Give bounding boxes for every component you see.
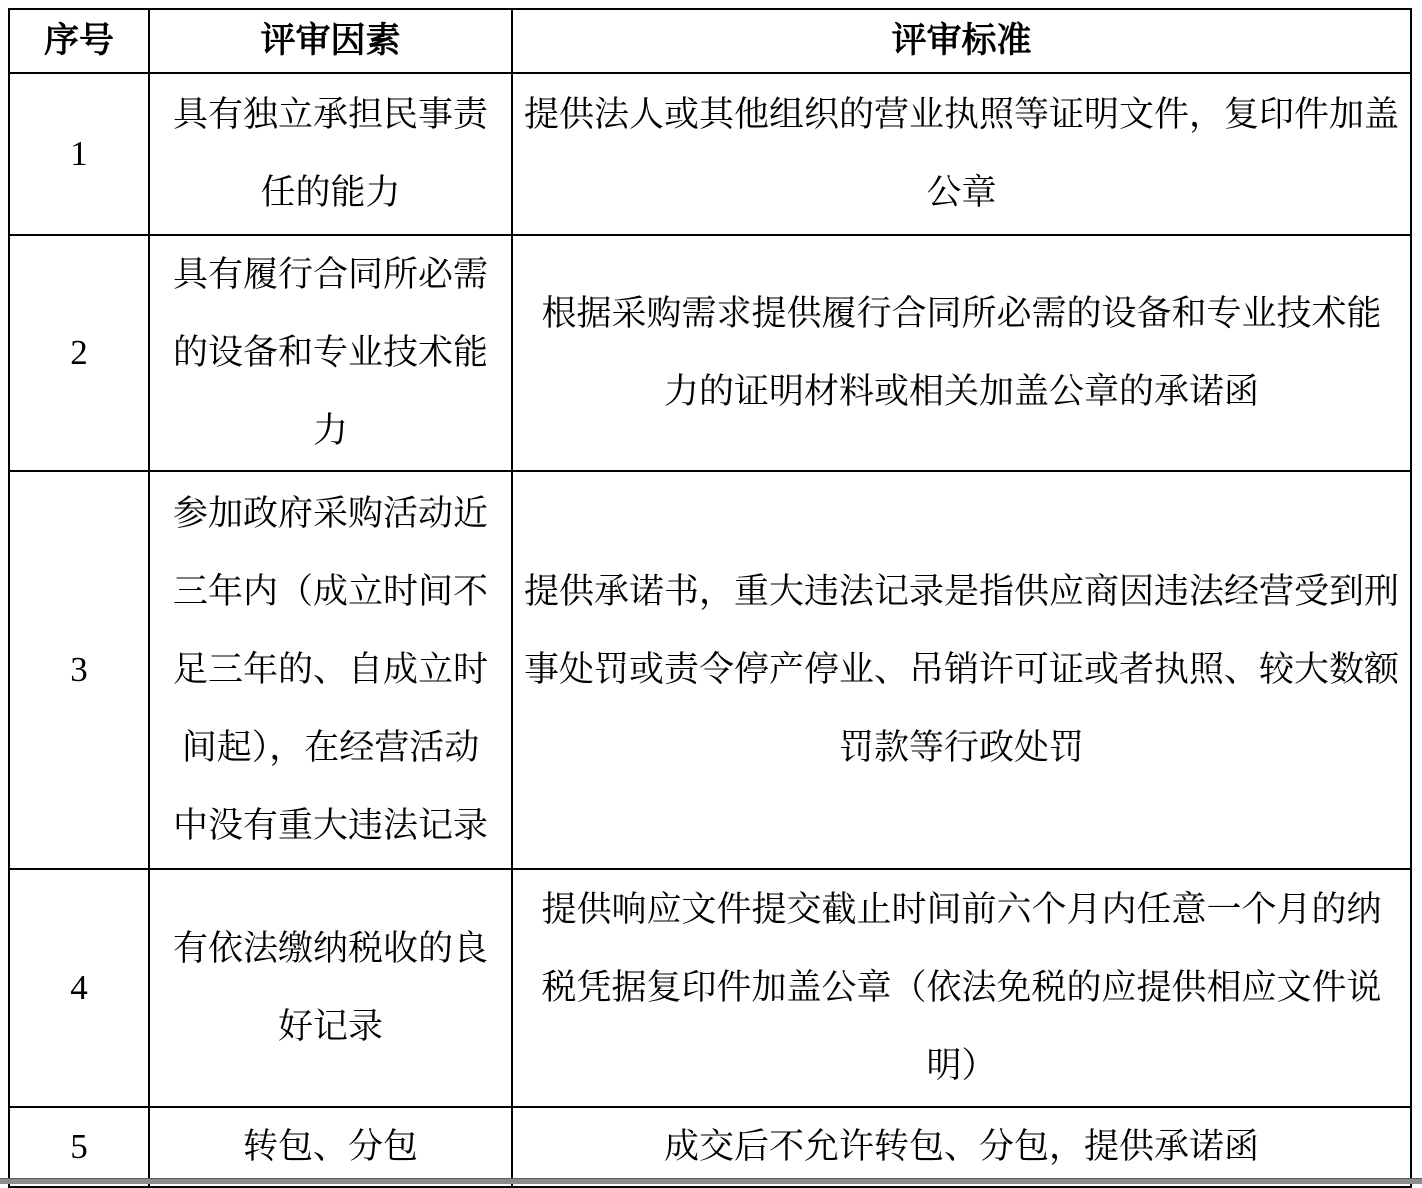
cell-review-standard: 成交后不允许转包、分包，提供承诺函 bbox=[512, 1107, 1411, 1184]
table-row: 4 有依法缴纳税收的良 好记录 提供响应文件提交截止时间前六个月内任意一个月的纳… bbox=[9, 869, 1411, 1107]
document-page: 序号 评审因素 评审标准 1 具有独立承担民事责 任的能力 提供法人或其他组织的… bbox=[8, 8, 1412, 1184]
cell-review-factor: 具有履行合同所必需 的设备和专业技术能 力 bbox=[149, 235, 512, 471]
cell-serial-number: 1 bbox=[9, 73, 149, 235]
table-header-row: 序号 评审因素 评审标准 bbox=[9, 9, 1411, 73]
cell-serial-number: 5 bbox=[9, 1107, 149, 1184]
cell-review-factor: 具有独立承担民事责 任的能力 bbox=[149, 73, 512, 235]
cell-review-standard: 根据采购需求提供履行合同所必需的设备和专业技术能 力的证明材料或相关加盖公章的承… bbox=[512, 235, 1411, 471]
cell-serial-number: 3 bbox=[9, 471, 149, 869]
table-row: 5 转包、分包 成交后不允许转包、分包，提供承诺函 bbox=[9, 1107, 1411, 1184]
header-cell-review-factor: 评审因素 bbox=[149, 9, 512, 73]
header-cell-review-standard: 评审标准 bbox=[512, 9, 1411, 73]
cell-review-standard: 提供法人或其他组织的营业执照等证明文件，复印件加盖 公章 bbox=[512, 73, 1411, 235]
table-row: 1 具有独立承担民事责 任的能力 提供法人或其他组织的营业执照等证明文件，复印件… bbox=[9, 73, 1411, 235]
cell-review-factor: 转包、分包 bbox=[149, 1107, 512, 1184]
cell-review-standard: 提供响应文件提交截止时间前六个月内任意一个月的纳 税凭据复印件加盖公章（依法免税… bbox=[512, 869, 1411, 1107]
cell-serial-number: 2 bbox=[9, 235, 149, 471]
cell-review-factor: 有依法缴纳税收的良 好记录 bbox=[149, 869, 512, 1107]
table-row: 3 参加政府采购活动近 三年内（成立时间不 足三年的、自成立时 间起），在经营活… bbox=[9, 471, 1411, 869]
header-cell-serial-number: 序号 bbox=[9, 9, 149, 73]
cell-review-factor: 参加政府采购活动近 三年内（成立时间不 足三年的、自成立时 间起），在经营活动 … bbox=[149, 471, 512, 869]
cell-serial-number: 4 bbox=[9, 869, 149, 1107]
table-row: 2 具有履行合同所必需 的设备和专业技术能 力 根据采购需求提供履行合同所必需的… bbox=[9, 235, 1411, 471]
page-edge-shadow bbox=[0, 1178, 1422, 1184]
review-criteria-table: 序号 评审因素 评审标准 1 具有独立承担民事责 任的能力 提供法人或其他组织的… bbox=[8, 8, 1412, 1184]
cell-review-standard: 提供承诺书，重大违法记录是指供应商因违法经营受到刑 事处罚或责令停产停业、吊销许… bbox=[512, 471, 1411, 869]
